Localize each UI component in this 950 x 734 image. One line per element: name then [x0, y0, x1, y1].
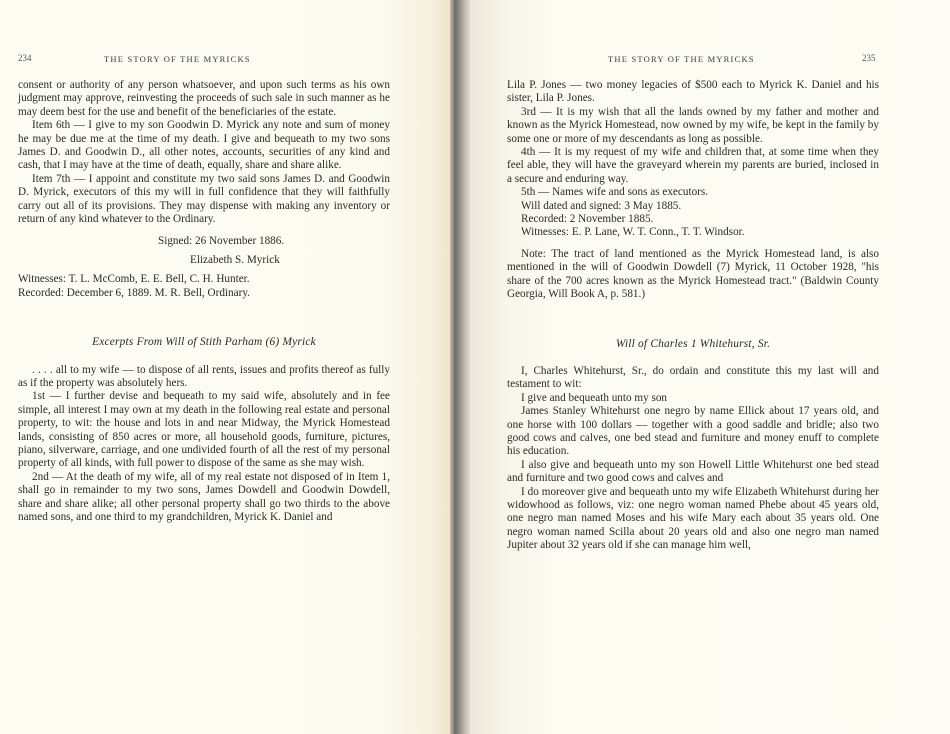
paragraph: I also give and bequeath unto my son How…	[507, 459, 879, 486]
paragraph: Will dated and signed: 3 May 1885.	[507, 200, 879, 213]
paragraph: 1st — I further devise and bequeath to m…	[18, 390, 390, 470]
paragraph: consent or authority of any person whats…	[18, 79, 390, 119]
running-head-right: THE STORY OF THE MYRICKS	[608, 54, 755, 64]
paragraph: Item 7th — I appoint and constitute my t…	[18, 173, 390, 227]
book-spread: 234 THE STORY OF THE MYRICKS consent or …	[0, 0, 950, 734]
left-page: 234 THE STORY OF THE MYRICKS consent or …	[0, 0, 450, 734]
book-gutter	[450, 0, 470, 734]
witnesses-line: Witnesses: T. L. McComb, E. E. Bell, C. …	[18, 273, 390, 286]
witness-block: Witnesses: T. L. McComb, E. E. Bell, C. …	[18, 273, 390, 300]
paragraph: 4th — It is my request of my wife and ch…	[507, 146, 879, 186]
paragraph: Recorded: 2 November 1885.	[507, 213, 879, 226]
paragraph: Witnesses: E. P. Lane, W. T. Conn., T. T…	[507, 226, 879, 239]
recorded-line: Recorded: December 6, 1889. M. R. Bell, …	[18, 287, 390, 300]
section-title-charles-whitehurst: Will of Charles 1 Whitehurst, Sr.	[507, 338, 879, 351]
paragraph: 5th — Names wife and sons as executors.	[507, 186, 879, 199]
paragraph: . . . . all to my wife — to dispose of a…	[18, 364, 390, 391]
signed-date: Signed: 26 November 1886.	[18, 235, 390, 248]
page-number-left: 234	[18, 53, 32, 63]
note-paragraph: Note: The tract of land mentioned as the…	[507, 248, 879, 302]
right-page: THE STORY OF THE MYRICKS 235 Lila P. Jon…	[470, 0, 950, 734]
section-title-stith-parham: Excerpts From Will of Stith Parham (6) M…	[18, 336, 390, 349]
signatory-name: Elizabeth S. Myrick	[18, 254, 390, 267]
paragraph: Lila P. Jones — two money legacies of $5…	[507, 79, 879, 106]
paragraph: James Stanley Whitehurst one negro by na…	[507, 405, 879, 459]
right-text-block: Lila P. Jones — two money legacies of $5…	[507, 79, 879, 553]
left-text-block: consent or authority of any person whats…	[18, 79, 390, 524]
paragraph: I, Charles Whitehurst, Sr., do ordain an…	[507, 365, 879, 392]
page-number-right: 235	[862, 53, 876, 63]
paragraph: I give and bequeath unto my son	[507, 392, 879, 405]
paragraph: 3rd — It is my wish that all the lands o…	[507, 106, 879, 146]
paragraph: I do moreover give and bequeath unto my …	[507, 486, 879, 553]
paragraph: 2nd — At the death of my wife, all of my…	[18, 471, 390, 525]
paragraph: Item 6th — I give to my son Goodwin D. M…	[18, 119, 390, 173]
running-head-left: THE STORY OF THE MYRICKS	[104, 54, 251, 64]
